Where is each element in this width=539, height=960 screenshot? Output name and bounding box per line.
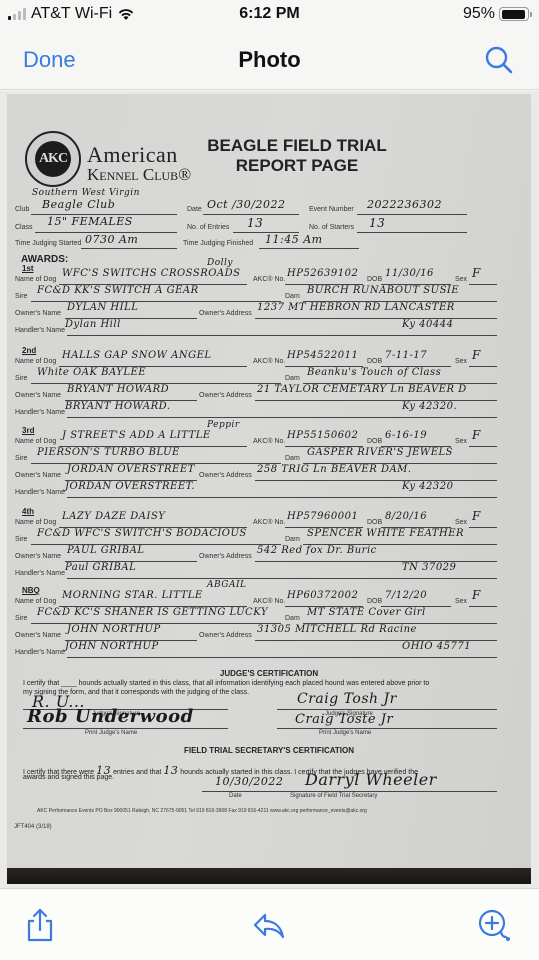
- judge2-print-name: Craig Toste Jr: [295, 712, 393, 727]
- battery-percent: 95%: [463, 5, 495, 23]
- owners-name-label: Owner's Name: [15, 472, 61, 479]
- status-time: 6:12 PM: [0, 5, 539, 23]
- event-number-label: Event Number: [309, 206, 354, 213]
- owners-address-label: Owner's Address: [199, 553, 252, 560]
- sire-label: Sire: [15, 293, 27, 300]
- akc-no: HP52639102: [287, 268, 358, 279]
- owner-name: PAUL GRIBAL: [67, 545, 144, 556]
- status-right: 95%: [463, 5, 529, 23]
- akc-logo: AKC: [25, 131, 81, 187]
- owner-name: JORDAN OVERSTREET: [67, 464, 195, 475]
- club-value-line1: Southern West Virgin: [32, 188, 140, 198]
- name-of-dog-label: Name of Dog: [15, 276, 56, 283]
- secretary-date-label: Date: [229, 793, 242, 799]
- handlers-name-label: Handler's Name: [15, 570, 65, 577]
- akc-no: HP54522011: [287, 350, 358, 361]
- date-value: Oct /30/2022: [207, 198, 286, 211]
- award-place: 4th: [22, 507, 34, 516]
- secretary-date: 10/30/2022: [215, 775, 283, 788]
- akc-no: HP57960001: [287, 511, 358, 522]
- reply-icon[interactable]: [251, 907, 287, 943]
- owner-address-line2: Ky 42320: [402, 481, 453, 492]
- share-icon[interactable]: [22, 907, 58, 943]
- handlers-name-label: Handler's Name: [15, 489, 65, 496]
- footer-contact: AKC Performance Events PO Box 900051 Ral…: [37, 808, 367, 814]
- owners-address-label: Owner's Address: [199, 632, 252, 639]
- dog-name-note: Peppir: [207, 420, 240, 430]
- time-finished-label: Time Judging Finished: [183, 240, 253, 247]
- handlers-name-label: Handler's Name: [15, 649, 65, 656]
- dog-name: WFC'S SWITCHS CROSSROADS: [62, 268, 241, 279]
- owners-name-label: Owner's Name: [15, 392, 61, 399]
- done-button[interactable]: Done: [23, 47, 76, 73]
- class-label: Class: [15, 224, 33, 231]
- akc-no-label: AKC® No.: [253, 276, 285, 283]
- owners-name-label: Owner's Name: [15, 310, 61, 317]
- akc-no: HP60372002: [287, 590, 358, 601]
- judge1-print-name: Rob Underwood: [27, 706, 194, 727]
- akc-no-label: AKC® No.: [253, 438, 285, 445]
- sex: F: [472, 588, 481, 602]
- dog-name-note: Dolly: [207, 258, 233, 268]
- dob: 11/30/16: [385, 268, 434, 279]
- document-photo: AKC American Kennel Club® BEAGLE FIELD T…: [7, 94, 531, 878]
- dog-name-note: ABGAIL: [207, 580, 247, 590]
- owner-address-line2: Ky 40444: [402, 319, 453, 330]
- handler-name: JORDAN OVERSTREET.: [65, 481, 195, 492]
- judge2-print-label: Print Judge's Name: [319, 730, 371, 736]
- judges-cert-title: JUDGE'S CERTIFICATION: [7, 669, 531, 678]
- dog-name: MORNING STAR. LITTLE: [62, 590, 203, 601]
- page-title: Photo: [0, 47, 539, 73]
- secretary-signature: Darryl Wheeler: [305, 770, 437, 789]
- owners-address-label: Owner's Address: [199, 472, 252, 479]
- date-label: Date: [187, 206, 202, 213]
- battery-icon: [499, 7, 529, 21]
- akc-no-label: AKC® No.: [253, 598, 285, 605]
- dam-label: Dam: [285, 455, 300, 462]
- dob-label: DOB: [367, 598, 382, 605]
- owner-address: 31305 MITCHELL Rd Racine: [257, 624, 417, 635]
- dam-label: Dam: [285, 536, 300, 543]
- dam: BURCH RUNABOUT SUSIE: [307, 285, 459, 296]
- sex-label: Sex: [455, 358, 467, 365]
- dam: SPENCER WHITE FEATHER: [307, 528, 464, 539]
- owners-address-label: Owner's Address: [199, 392, 252, 399]
- award-place: NBQ: [22, 586, 40, 595]
- sire-label: Sire: [15, 615, 27, 622]
- owners-name-label: Owner's Name: [15, 553, 61, 560]
- akc-no: HP55150602: [287, 430, 358, 441]
- time-started-value: 0730 Am: [85, 233, 138, 246]
- secretary-starters: 13: [163, 764, 178, 777]
- sire: FC&D WFC'S SWITCH'S BODACIOUS: [37, 528, 247, 539]
- name-of-dog-label: Name of Dog: [15, 598, 56, 605]
- sire: FC&D KK'S SWITCH A GEAR: [37, 285, 199, 296]
- dam-label: Dam: [285, 375, 300, 382]
- dam-label: Dam: [285, 615, 300, 622]
- owner-address-line2: Ky 42320.: [402, 401, 457, 412]
- owners-name-label: Owner's Name: [15, 632, 61, 639]
- dob: 7/12/20: [385, 590, 427, 601]
- dob-label: DOB: [367, 276, 382, 283]
- sex: F: [472, 509, 481, 523]
- zoom-in-icon[interactable]: [476, 907, 512, 943]
- dob: 7-11-17: [385, 350, 427, 361]
- sire-label: Sire: [15, 375, 27, 382]
- handler-name: Dylan Hill: [65, 319, 121, 330]
- award-place: 2nd: [22, 346, 36, 355]
- dob-label: DOB: [367, 438, 382, 445]
- sire: White OAK BAYLEE: [37, 367, 146, 378]
- sex: F: [472, 348, 481, 362]
- photo-edge-shadow: [7, 868, 531, 884]
- owner-address: 21 TAYLOR CEMETARY Ln BEAVER D: [257, 384, 467, 395]
- sex: F: [472, 266, 481, 280]
- owner-address: 1237 MT HEBRON RD LANCASTER: [257, 302, 455, 313]
- sire: PIERSON'S TURBO BLUE: [37, 447, 180, 458]
- bottom-toolbar: [0, 888, 539, 960]
- judge1-print-label: Print Judge's Name: [85, 730, 137, 736]
- time-finished-value: 11:45 Am: [265, 233, 323, 246]
- handler-name: Paul GRIBAL: [65, 562, 136, 573]
- entries-value: 13: [247, 216, 263, 230]
- dob: 8/20/16: [385, 511, 427, 522]
- secretary-sig-label: Signature of Field Trial Secretary: [290, 793, 377, 799]
- judge2-signature: Craig Tosh Jr: [297, 691, 397, 707]
- secretary-cert-text-2: awards and signed this page.: [23, 774, 114, 781]
- owner-address-line2: TN 37029: [402, 562, 456, 573]
- form-code: JFT404 (3/18): [14, 824, 52, 830]
- name-of-dog-label: Name of Dog: [15, 358, 56, 365]
- akc-no-label: AKC® No.: [253, 519, 285, 526]
- dam: Beanku's Touch of Class: [307, 367, 441, 378]
- class-value: 15" FEMALES: [47, 215, 133, 228]
- status-bar: AT&T Wi-Fi 6:12 PM 95%: [0, 0, 539, 32]
- sex-label: Sex: [455, 276, 467, 283]
- handler-name: BRYANT HOWARD.: [65, 401, 171, 412]
- club-label: Club: [15, 206, 29, 213]
- dob: 6-16-19: [385, 430, 427, 441]
- owner-name: DYLAN HILL: [67, 302, 138, 313]
- entries-label: No. of Entries: [187, 224, 229, 231]
- handlers-name-label: Handler's Name: [15, 327, 65, 334]
- owner-address: 258 TRIG Ln BEAVER DAM.: [257, 464, 412, 475]
- owner-address-line2: OHIO 45771: [402, 641, 471, 652]
- name-of-dog-label: Name of Dog: [15, 519, 56, 526]
- handlers-name-label: Handler's Name: [15, 409, 65, 416]
- club-value: Beagle Club: [42, 198, 115, 211]
- sex-label: Sex: [455, 519, 467, 526]
- owner-name: BRYANT HOWARD: [67, 384, 169, 395]
- judges-cert-text-1: I certify that ____ hounds actually star…: [23, 680, 429, 687]
- owner-address: 542 Red fox Dr. Buric: [257, 545, 377, 556]
- secretary-cert-title: FIELD TRIAL SECRETARY'S CERTIFICATION: [7, 746, 531, 755]
- handler-name: JOHN NORTHUP: [65, 641, 159, 652]
- name-of-dog-label: Name of Dog: [15, 438, 56, 445]
- dam: GASPER RIVER'S JEWELS: [307, 447, 453, 458]
- sire-label: Sire: [15, 536, 27, 543]
- owner-name: JOHN NORTHUP: [67, 624, 161, 635]
- dam-label: Dam: [285, 293, 300, 300]
- dog-name: J STREET'S ADD A LITTLE: [62, 430, 211, 441]
- nav-bar: Done Photo: [0, 32, 539, 90]
- award-place: 3rd: [22, 426, 34, 435]
- event-number-value: 2022236302: [367, 198, 442, 211]
- starters-label: No. of Starters: [309, 224, 354, 231]
- sire: FC&D KC'S SHANER IS GETTING LUCKY: [37, 607, 268, 618]
- time-started-label: Time Judging Started: [15, 240, 81, 247]
- sex: F: [472, 428, 481, 442]
- photo-viewer[interactable]: AKC American Kennel Club® BEAGLE FIELD T…: [0, 91, 539, 888]
- sex-label: Sex: [455, 438, 467, 445]
- akc-no-label: AKC® No.: [253, 358, 285, 365]
- starters-value: 13: [369, 216, 385, 230]
- search-icon[interactable]: [483, 44, 515, 76]
- award-place: 1st: [22, 264, 34, 273]
- sex-label: Sex: [455, 598, 467, 605]
- dob-label: DOB: [367, 519, 382, 526]
- org-name: American Kennel Club®: [87, 144, 191, 183]
- dog-name: LAZY DAZE DAISY: [62, 511, 165, 522]
- dog-name: HALLS GAP SNOW ANGEL: [62, 350, 212, 361]
- sire-label: Sire: [15, 455, 27, 462]
- dam: MT STATE Cover Girl: [307, 607, 426, 618]
- owners-address-label: Owner's Address: [199, 310, 252, 317]
- form-title: BEAGLE FIELD TRIAL REPORT PAGE: [202, 136, 392, 177]
- dob-label: DOB: [367, 358, 382, 365]
